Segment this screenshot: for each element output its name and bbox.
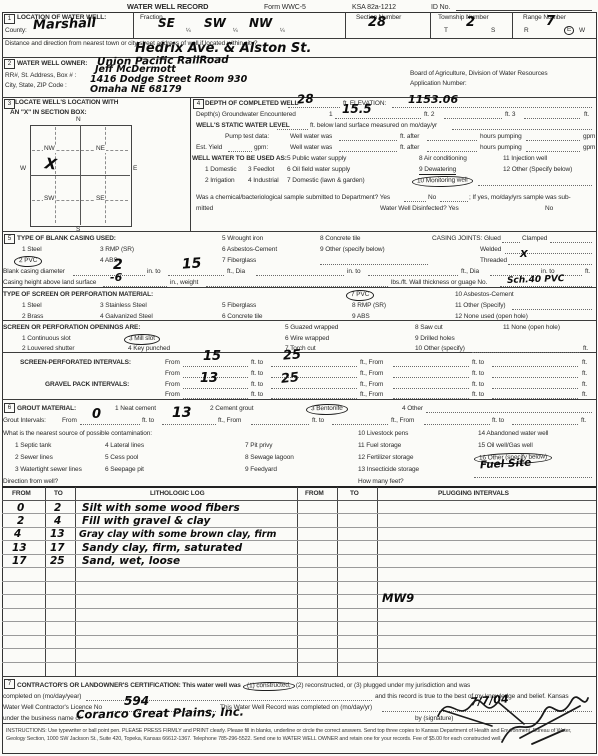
contam-option-9: 9 Feedyard: [245, 467, 277, 474]
blank-field: [427, 145, 477, 152]
casing-depth-value: 15: [182, 256, 202, 271]
use-option-10-circled: 10 Monitoring well: [412, 175, 473, 187]
groundwater-1-value: 15.5: [342, 103, 372, 115]
from-label: From: [165, 360, 180, 367]
ft-after-label: ft. after: [400, 145, 419, 152]
quarter-mark: ¼: [280, 29, 285, 35]
from-label: From: [165, 382, 180, 389]
ft-to-label: ft. to: [251, 392, 263, 399]
hours-pumping-label: hours pumping: [480, 145, 522, 152]
blank-field: [550, 236, 592, 243]
table-row-line: [2, 540, 596, 541]
blank-field: [277, 123, 308, 130]
gravel-interval-to-value: 25: [280, 371, 299, 386]
well-id-note: MW9: [382, 593, 414, 605]
blank-field: [271, 392, 357, 399]
water-use-label: WELL WATER TO BE USED AS:: [192, 156, 287, 163]
blank-field: [368, 269, 458, 276]
chem-sample-question: Was a chemical/bacteriological sample su…: [196, 195, 390, 202]
elevation-value: 1153.06: [408, 94, 458, 105]
log-row-from: 13: [12, 543, 27, 554]
log-row-description: Gray clay with some brown clay, firm: [79, 530, 276, 540]
licence-number-value: 594: [124, 695, 149, 707]
log-row-from: 17: [12, 556, 27, 567]
screen-interval-to-value: 25: [283, 348, 302, 362]
log-row-to: 25: [50, 556, 65, 567]
blank-field: [472, 346, 580, 353]
county-value: Marshall: [33, 17, 96, 32]
blank-field: [502, 236, 520, 243]
contam-option-14: 14 Abandoned water well: [478, 431, 548, 438]
certification-intro: CONTRACTOR'S OR LANDOWNER'S CERTIFICATIO…: [17, 682, 241, 689]
contamination-question: What is the nearest source of possible c…: [3, 431, 152, 438]
contam-option-2: 2 Sewer lines: [15, 455, 53, 462]
blank-field: [251, 418, 309, 425]
section-box-center-hline: [30, 175, 130, 176]
divider: [2, 676, 596, 677]
blank-field: [524, 112, 580, 119]
quarter-mark: ¼: [186, 29, 191, 35]
section-box-dashed-line: [55, 127, 56, 223]
table-row-line: [2, 567, 596, 568]
groundwater-label: Depth(s) Groundwater Encountered: [196, 112, 296, 119]
clamped-label: Clamped: [522, 236, 547, 243]
ft-unit: ft.: [585, 269, 590, 276]
compass-e: E: [133, 166, 137, 173]
use-option-12: 12 Other (Specify below): [503, 167, 572, 174]
application-number-label: Application Number:: [410, 81, 467, 88]
gravel-pack-label: GRAVEL PACK INTERVALS:: [45, 382, 129, 389]
blank-field: [404, 195, 426, 202]
table-row-line: [2, 662, 596, 663]
gpm-colon-label: gpm:: [254, 145, 268, 152]
table-row-line: [2, 581, 596, 582]
use-option-8: 8 Air conditioning: [419, 156, 467, 163]
grout-option-1: 1 Neat cement: [115, 406, 156, 413]
table-row-line: [2, 621, 596, 622]
opening-option-9: 9 Drilled holes: [415, 336, 455, 343]
blank-field: [512, 303, 592, 310]
statute-number: KSA 82a-1212: [352, 4, 396, 11]
blank-field: [492, 382, 578, 389]
fraction-1-value: SE: [158, 17, 175, 29]
log-row-to: 2: [54, 503, 61, 514]
blank-field: [444, 112, 502, 119]
screen-interval-from-value: 15: [203, 350, 221, 363]
blank-field: [228, 145, 252, 152]
screen-option-5: 5 Fiberglass: [222, 303, 256, 310]
in-weight-label: in., weight: [170, 280, 198, 287]
owner-label: WATER WELL OWNER:: [17, 61, 87, 68]
range-label: Range Number: [523, 15, 566, 22]
log-row-to: 4: [54, 516, 61, 527]
disinfected-question: Water Well Disinfected? Yes: [380, 206, 459, 213]
wall-thickness-label: lbs./ft. Wall thickness or guage No.: [391, 280, 487, 287]
table-row-line: [2, 608, 596, 609]
est-yield-label: Est. Yield: [196, 145, 222, 152]
log-row-from: 0: [17, 503, 24, 514]
use-option-4: 4 Industrial: [248, 178, 279, 185]
blank-field: [562, 269, 582, 276]
contam-option-8: 8 Sewage lagoon: [245, 455, 294, 462]
use-option-1: 1 Domestic: [205, 167, 237, 174]
casing-option-3: 3 RMP (SR): [100, 247, 134, 254]
section-6-number: 6: [4, 403, 15, 413]
threaded-label: Threaded: [480, 258, 507, 265]
how-many-feet-question: How many feet?: [358, 479, 404, 486]
chem-sample-question-end: mitted: [196, 206, 213, 213]
log-row-description: Sandy clay, firm, saturated: [82, 543, 242, 554]
ft-dia-label: ft., Dia: [227, 269, 245, 276]
contam-option-12: 12 Fertilizer storage: [358, 455, 413, 462]
use-option-9-underlined: 9 Dewatering: [419, 167, 456, 175]
opening-option-5: 5 Guazed wrapped: [285, 325, 338, 332]
grout-from-value: 0: [92, 408, 101, 421]
blank-field: [339, 134, 397, 141]
compass-n: N: [76, 117, 81, 124]
range-value: 7: [546, 15, 555, 28]
grout-to-value: 13: [172, 406, 191, 420]
ft-from-label: ft., From: [360, 371, 383, 378]
use-option-7: 7 Domestic (lawn & garden): [287, 178, 365, 185]
ft-dia-label: ft., Dia: [461, 269, 479, 276]
opening-option-11: 11 None (open hole): [503, 325, 560, 332]
blank-field: [183, 392, 248, 399]
blank-field: [492, 371, 578, 378]
contam-other-value: Fuel Site: [480, 458, 532, 471]
no-label: No: [545, 206, 553, 213]
compass-w: W: [20, 166, 26, 173]
casing-option-2-circled: 2 PVC: [14, 256, 42, 267]
screen-option-4: 4 Galvanized Steel: [100, 314, 153, 321]
openings-title: SCREEN OR PERFORATION OPENINGS ARE:: [3, 325, 140, 332]
blank-field: [256, 269, 344, 276]
opening-option-2: 2 Louvered shutter: [22, 346, 74, 353]
constructed-option-circled: (1) constructed,: [242, 682, 294, 692]
blank-field: [526, 134, 580, 141]
screen-option-3: 3 Stainless Steel: [100, 303, 147, 310]
blank-field: [478, 179, 592, 186]
log-header-to-2: TO: [350, 491, 359, 498]
contam-option-11: 11 Fuel storage: [358, 443, 401, 450]
blank-field: [393, 360, 469, 367]
log-header-plugging: PLUGGING INTERVALS: [438, 491, 509, 498]
compass-s: S: [76, 227, 80, 234]
section-box-dashed-line: [105, 127, 106, 223]
screen-option-6: 6 Concrete tile: [222, 314, 262, 321]
ft-to-label: ft. to: [251, 360, 263, 367]
business-name-label: under the business name of: [3, 716, 81, 723]
divider: [2, 231, 596, 232]
blank-field: [505, 247, 592, 254]
table-row-line: [2, 635, 596, 636]
use-option-5: 5 Public water supply: [287, 156, 346, 163]
ft-after-label: ft. after: [400, 134, 419, 141]
direction-question: Direction from well?: [3, 479, 58, 486]
county-label: County:: [5, 28, 27, 35]
table-top-border: [2, 486, 596, 488]
casing-joints-label: CASING JOINTS: Glued: [432, 236, 501, 243]
casing-option-5: 5 Wrought iron: [222, 236, 263, 243]
id-number-blank: [456, 10, 592, 11]
ft-to-label: ft. to: [312, 418, 324, 425]
fraction-2-value: SW: [204, 17, 226, 29]
casing-height-value: -6: [110, 272, 122, 283]
range-r: R: [524, 28, 529, 35]
quarter-mark: ¼: [233, 29, 238, 35]
blank-field: [80, 418, 140, 425]
ft-from-label: ft., From: [360, 360, 383, 367]
contam-option-3: 3 Watertight sewer lines: [15, 467, 82, 474]
use-option-3: 3 Feedlot: [248, 167, 274, 174]
casing-height-label: Casing height above land surface: [3, 280, 96, 287]
well-water-was-label: Well water was: [290, 145, 332, 152]
well-location-x-mark: X: [44, 156, 58, 172]
blank-field: [206, 280, 388, 287]
hours-pumping-label: hours pumping: [480, 134, 522, 141]
contam-option-5: 5 Cess pool: [105, 455, 138, 462]
id-number-label: ID No.: [431, 4, 450, 11]
divider: [2, 57, 596, 58]
grout-intervals-label: Grout Intervals:: [3, 418, 46, 425]
blank-field: [492, 392, 578, 399]
section-box-diagram: [30, 125, 132, 227]
table-row-line: [2, 594, 596, 595]
divider: [430, 12, 431, 38]
locate-well-title-1: LOCATE WELL'S LOCATION WITH: [15, 100, 118, 107]
divider: [190, 97, 191, 231]
range-west: W: [579, 28, 585, 35]
in-to-label: in. to: [147, 269, 161, 276]
blank-field: [440, 195, 468, 202]
opening-option-1: 1 Continuous slot: [22, 336, 71, 343]
ft-from-label: ft., From: [360, 382, 383, 389]
casing-option-1: 1 Steel: [22, 247, 42, 254]
blank-field: [424, 418, 490, 425]
groundwater-3-label: ft. 3: [505, 112, 515, 119]
address-label: RR#, St. Address, Box # :: [5, 73, 76, 80]
blank-field: [512, 418, 578, 425]
log-row-to: 17: [50, 543, 65, 554]
blank-field: [492, 360, 578, 367]
contam-option-10: 10 Livestock pens: [358, 431, 408, 438]
from-label: From: [165, 371, 180, 378]
screen-option-11: 11 Other (Specify): [455, 303, 505, 310]
contam-option-15: 15 Oil well/Gas well: [478, 443, 533, 450]
contam-option-6: 6 Seepage pit: [105, 467, 144, 474]
grout-option-3-circled: 3 Bentonite: [306, 404, 348, 416]
table-header-line: [2, 500, 596, 501]
log-row-description: Fill with gravel & clay: [82, 516, 210, 527]
blank-field: [526, 145, 580, 152]
screen-option-9: 9 ABS: [352, 314, 370, 321]
opening-option-4: 4 Key punched: [128, 346, 170, 353]
casing-diameter-label: Blank casing diameter: [3, 269, 65, 276]
opening-option-3-circled: 3 Mill slot: [124, 334, 160, 345]
ft-to-label: ft. to: [472, 360, 484, 367]
ft-unit: ft.: [582, 360, 587, 367]
ft-from-label: ft., From: [218, 418, 241, 425]
city-state-zip-label: City, State, ZIP Code :: [5, 83, 67, 90]
threaded-x-mark: X: [520, 250, 528, 260]
township-value: 2: [466, 16, 475, 29]
ft-from-label: ft., From: [391, 418, 414, 425]
ft-unit: ft.: [584, 112, 589, 119]
screen-option-2: 2 Brass: [22, 314, 43, 321]
divider: [512, 12, 513, 38]
grout-option-2: 2 Cement grout: [210, 406, 253, 413]
casing-option-9: 9 Other (specify below): [320, 247, 385, 254]
from-label: From: [165, 392, 180, 399]
ft-unit: ft.: [581, 418, 586, 425]
opening-option-8: 8 Saw cut: [415, 325, 443, 332]
blank-field: [73, 269, 145, 276]
static-water-rest: ft. below land surface measured on mo/da…: [310, 123, 437, 130]
contam-option-4: 4 Lateral lines: [105, 443, 144, 450]
section-number-value: 28: [368, 16, 386, 29]
gravel-interval-from-value: 13: [200, 372, 218, 385]
grout-title: GROUT MATERIAL:: [17, 406, 76, 413]
log-row-description: Sand, wet, loose: [82, 556, 180, 567]
ft-unit: ft.: [582, 371, 587, 378]
blank-field: [393, 371, 469, 378]
log-row-from: 4: [14, 529, 21, 540]
grout-option-4: 4 Other: [402, 406, 423, 413]
use-option-11: 11 Injection well: [503, 156, 547, 163]
pump-test-label: Pump test data:: [225, 134, 269, 141]
ft-to-label: ft. to: [472, 392, 484, 399]
blank-field: [427, 134, 477, 141]
screen-option-8: 8 RMP (SR): [352, 303, 386, 310]
fraction-3-value: NW: [249, 17, 272, 29]
owner-city-value: Omaha NE 68179: [90, 85, 182, 95]
ft-to-label: ft. to: [251, 371, 263, 378]
use-option-6: 6 Oil field water supply: [287, 167, 350, 174]
ft-to-label: ft. to: [472, 382, 484, 389]
casing-diameter-value: 2: [113, 258, 123, 272]
ft-to-label: ft. to: [251, 382, 263, 389]
section-7-number: 7: [4, 679, 15, 689]
log-row-to: 13: [50, 529, 65, 540]
quadrant-se: SE: [95, 196, 105, 203]
screen-option-7-circled: 7 PVC: [346, 290, 374, 301]
welded-label: Welded: [480, 247, 501, 254]
log-header-from: FROM: [12, 491, 31, 498]
contam-option-1: 1 Septic tank: [15, 443, 51, 450]
contam-option-13: 13 Insecticide storage: [358, 467, 419, 474]
section-5-number: 5: [4, 234, 15, 244]
contam-option-7: 7 Pit privy: [245, 443, 272, 450]
water-well-record-form: WATER WELL RECORD Form WWC-5 KSA 82a-121…: [0, 0, 598, 756]
divider: [133, 12, 134, 38]
form-number: Form WWC-5: [264, 4, 306, 11]
in-to-label: in. to: [347, 269, 361, 276]
use-option-2: 2 Irrigation: [205, 178, 235, 185]
static-water-label: WELL'S STATIC WATER LEVEL: [196, 123, 290, 130]
log-row-description: Silt with some wood fibers: [82, 503, 240, 514]
log-header-lithologic: LITHOLOGIC LOG: [150, 491, 205, 498]
opening-option-6: 6 Wire wrapped: [285, 336, 329, 343]
quadrant-nw: NW: [43, 146, 56, 153]
opening-option-10: 10 Other (specify): [415, 346, 465, 353]
ft-to-label: ft. to: [142, 418, 154, 425]
blank-field: [393, 392, 469, 399]
section-2-number: 2: [4, 59, 15, 69]
section-1-number: 1: [4, 14, 15, 24]
blank-field: [339, 145, 397, 152]
depth-completed-label: DEPTH OF COMPLETED WELL: [205, 101, 298, 108]
screen-option-10: 10 Asbestos-Cement: [455, 292, 514, 299]
log-row-from: 2: [17, 516, 24, 527]
board-of-agriculture-label: Board of Agriculture, Division of Water …: [410, 71, 548, 78]
depth-completed-value: 28: [297, 92, 314, 105]
section-4-number: 4: [193, 99, 204, 109]
township-t: T: [444, 28, 448, 35]
casing-option-8: 8 Concrete tile: [320, 236, 360, 243]
blank-field: [393, 382, 469, 389]
chem-sample-question-cont: ; If yes, mo/day/yrs sample was sub-: [469, 195, 571, 202]
section-3-number: 3: [4, 99, 15, 109]
well-water-was-label: Well water was: [290, 134, 332, 141]
ft-unit: ft.: [582, 382, 587, 389]
screen-material-title: TYPE OF SCREEN OR PERFORATION MATERIAL:: [3, 292, 153, 299]
ft-from-label: ft., From: [360, 392, 383, 399]
divider: [2, 287, 596, 288]
screen-option-1: 1 Steel: [22, 303, 42, 310]
casing-title: TYPE OF BLANK CASING USED:: [17, 236, 116, 243]
blank-field: [474, 471, 592, 478]
divider: [345, 12, 346, 38]
township-s: S: [491, 28, 495, 35]
gpm-unit: gpm: [583, 145, 595, 152]
blank-field: [332, 418, 388, 425]
casing-option-7: 7 Fiberglass: [222, 258, 256, 265]
form-title: WATER WELL RECORD: [127, 3, 208, 11]
divider: [2, 38, 596, 39]
instructions-text: INSTRUCTIONS: Use typewriter or ball poi…: [6, 727, 590, 744]
blank-field: [320, 258, 428, 265]
log-header-to: TO: [54, 491, 63, 498]
log-header-from-2: FROM: [305, 491, 324, 498]
groundwater-1: 1: [329, 112, 333, 119]
range-east-circled: E: [564, 26, 574, 35]
township-label: Township Number: [438, 15, 489, 22]
business-name-value: Coranco Great Plains, Inc.: [76, 707, 244, 721]
gpm-unit: gpm: [583, 134, 595, 141]
quadrant-ne: NE: [95, 146, 106, 153]
table-row-line: [2, 527, 596, 528]
blank-field: [500, 280, 592, 287]
ft-to-label: ft. to: [472, 371, 484, 378]
no-label: No: [428, 195, 436, 202]
screen-option-12: 12 None used (open hole): [455, 314, 528, 321]
ft-unit: ft.: [583, 346, 588, 353]
casing-option-6: 6 Asbestos-Cement: [222, 247, 277, 254]
completed-on-label: completed on (mo/day/year): [3, 694, 81, 701]
ft-to-label: ft. to: [492, 418, 504, 425]
from-label: From: [62, 418, 77, 425]
quadrant-sw: SW: [43, 196, 55, 203]
groundwater-2-label: ft. 2: [424, 112, 434, 119]
blank-field: [426, 406, 592, 413]
table-row-line: [2, 648, 596, 649]
blank-field: [452, 123, 592, 130]
divider: [2, 399, 596, 400]
ft-unit: ft.: [582, 392, 587, 399]
screen-intervals-label: SCREEN-PERFORATED INTERVALS:: [20, 360, 131, 367]
